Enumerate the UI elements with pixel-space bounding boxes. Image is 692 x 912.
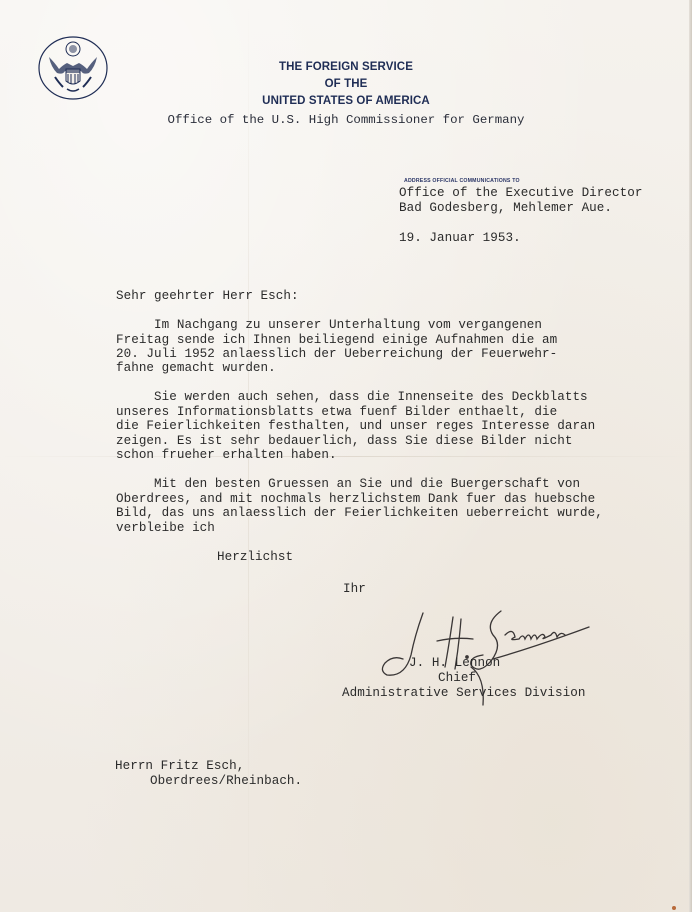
- letterhead-office: Office of the U.S. High Commissioner for…: [0, 113, 692, 127]
- letterhead-line-1: THE FOREIGN SERVICE: [0, 61, 692, 73]
- paragraph-line: die Feierlichkeiten festhalten, und unse…: [116, 419, 595, 434]
- letterhead-line-3: UNITED STATES OF AMERICA: [0, 95, 692, 107]
- closing-ihr: Ihr: [343, 582, 366, 597]
- recipient-line-2: Oberdrees/Rheinbach.: [150, 774, 302, 789]
- paper-fold-line: [0, 456, 692, 457]
- paragraph-line: zeigen. Es ist sehr bedauerlich, dass Si…: [116, 434, 572, 449]
- paragraph-line: fahne gemacht wurden.: [116, 361, 276, 376]
- paragraph-line: Im Nachgang zu unserer Unterhaltung vom …: [116, 318, 542, 333]
- paragraph-line: schon frueher erhalten haben.: [116, 448, 337, 463]
- closing: Herzlichst: [217, 550, 293, 565]
- paragraph-line: Bild, das uns anlaesslich der Feierlichk…: [116, 506, 603, 521]
- paragraph-line: unseres Informationsblatts etwa fuenf Bi…: [116, 405, 557, 420]
- paragraph-line: Mit den besten Gruessen an Sie und die B…: [116, 477, 580, 492]
- paragraph-line: Sie werden auch sehen, dass die Innensei…: [116, 390, 588, 405]
- paragraph-line: Oberdrees, and mit nochmals herzlichstem…: [116, 492, 595, 507]
- signer-title: Chief: [438, 671, 476, 686]
- paper-stain: [672, 906, 676, 910]
- paragraph-line: 20. Juli 1952 anlaesslich der Ueberreich…: [116, 347, 557, 362]
- recipient-line-1: Herrn Fritz Esch,: [115, 759, 244, 774]
- address-line-2: Bad Godesberg, Mehlemer Aue.: [399, 201, 612, 216]
- paragraph-line: verbleibe ich: [116, 521, 215, 536]
- address-line-1: Office of the Executive Director: [399, 186, 642, 201]
- signer-name: J. H. Lennon: [409, 656, 500, 671]
- letterhead-line-2: OF THE: [0, 78, 692, 90]
- address-label: ADDRESS OFFICIAL COMMUNICATIONS TO: [404, 178, 520, 184]
- letter-date: 19. Januar 1953.: [399, 231, 521, 246]
- signer-division: Administrative Services Division: [342, 686, 585, 701]
- salutation: Sehr geehrter Herr Esch:: [116, 289, 299, 304]
- paragraph-line: Freitag sende ich Ihnen beiliegend einig…: [116, 333, 557, 348]
